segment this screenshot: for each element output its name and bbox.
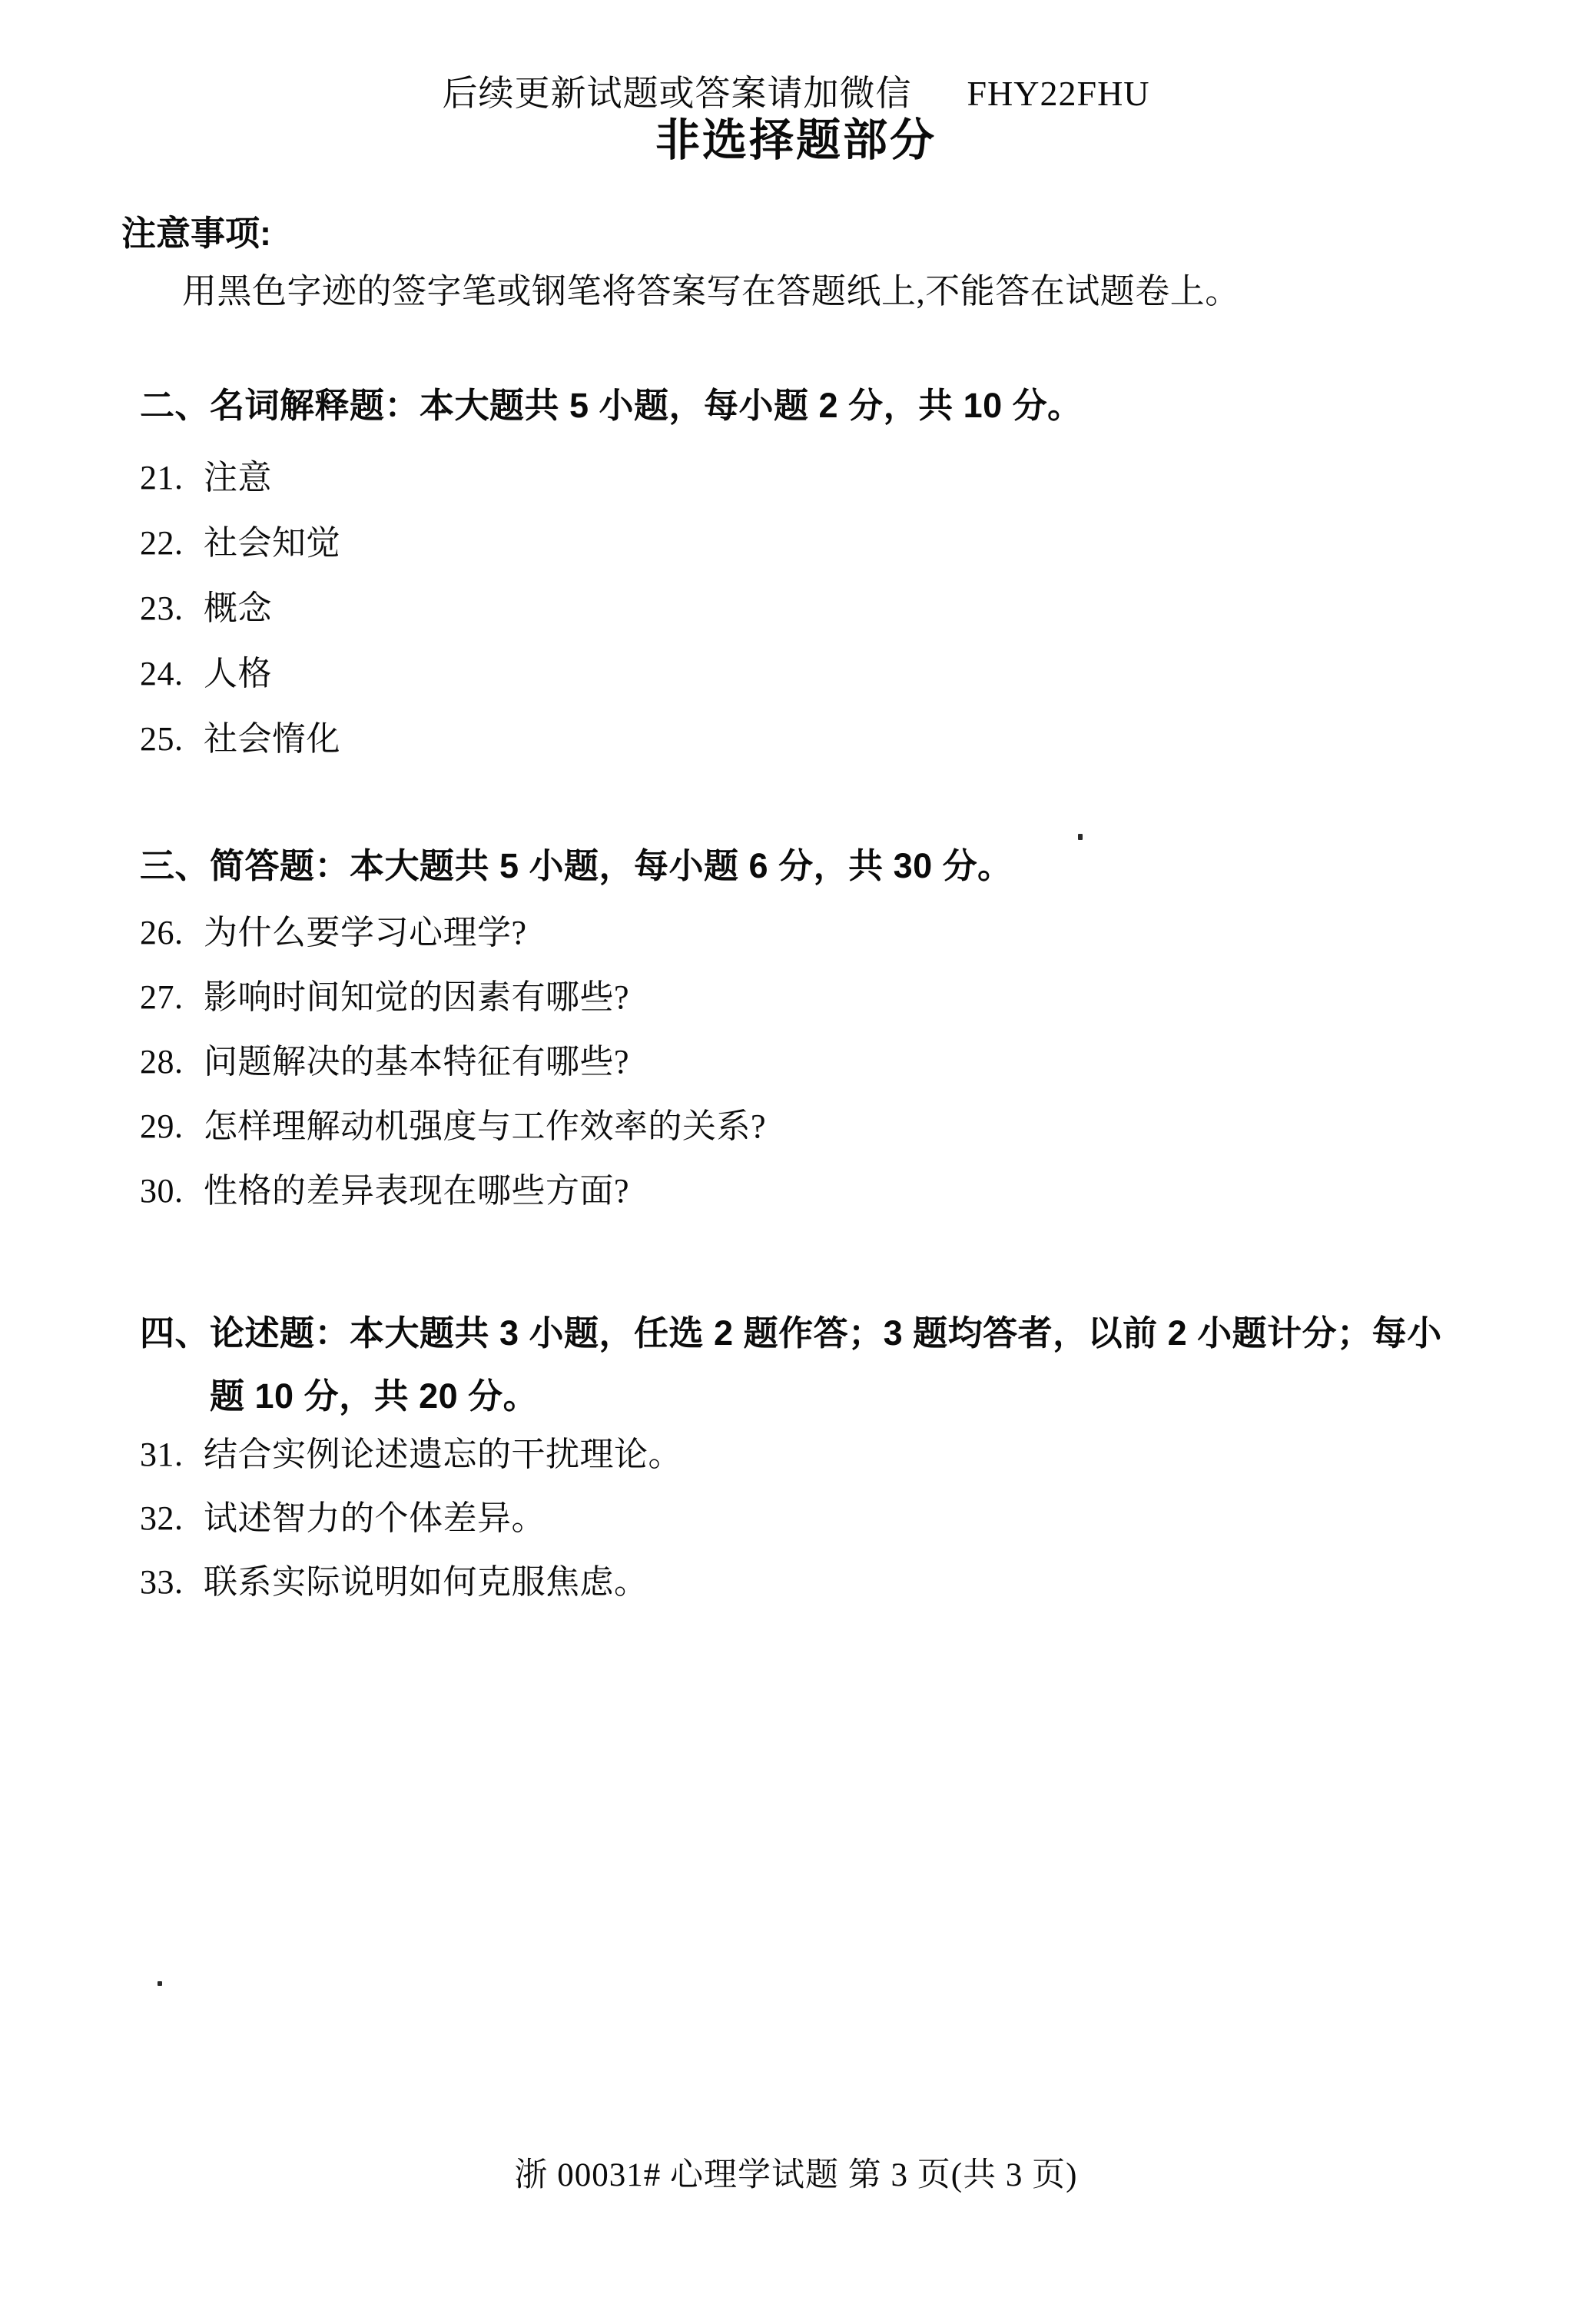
question-number: 22. (140, 524, 204, 563)
wechat-id: FHY22FHU (967, 74, 1149, 114)
question-item: 32. 试述智力的个体差异。 (140, 1499, 682, 1538)
question-item: 28. 问题解决的基本特征有哪些? (140, 1043, 766, 1081)
question-item: 24. 人格 (140, 655, 340, 693)
section-number-label: 三、 (140, 845, 210, 887)
section-term-definitions-list: 21. 注意 22. 社会知觉 23. 概念 24. 人格 25. 社会惰化 (140, 459, 340, 785)
question-item: 27. 影响时间知觉的因素有哪些? (140, 978, 766, 1017)
question-text: 注意 (204, 459, 272, 497)
notice-text: 用黑色字迹的签字笔或钢笔将答案写在答题纸上,不能答在试题卷上。 (182, 271, 1240, 311)
page-footer: 浙 00031# 心理学试题 第 3 页(共 3 页) (0, 2156, 1592, 2195)
question-text: 社会惰化 (204, 720, 340, 759)
notice-label: 注意事项: (121, 214, 271, 254)
question-text: 试述智力的个体差异。 (204, 1499, 546, 1538)
question-item: 33. 联系实际说明如何克服焦虑。 (140, 1563, 682, 1602)
question-number: 29. (140, 1107, 204, 1146)
question-number: 23. (140, 589, 204, 628)
question-text: 联系实际说明如何克服焦虑。 (204, 1563, 648, 1602)
question-number: 25. (140, 720, 204, 759)
scan-speck (1078, 834, 1083, 840)
question-text: 为什么要学习心理学? (204, 914, 527, 952)
section-number-label: 二、 (140, 385, 210, 427)
page-title: 非选择题部分 (0, 115, 1592, 166)
section-short-answer-heading: 三、 简答题：本大题共 5 小题，每小题 6 分，共 30 分。 (140, 845, 1013, 887)
question-item: 23. 概念 (140, 589, 340, 628)
scan-speck (158, 1981, 162, 1986)
question-number: 24. (140, 655, 204, 693)
question-text: 概念 (204, 589, 272, 628)
header-note-text: 后续更新试题或答案请加微信 (442, 74, 911, 114)
section-heading-text: 论述题：本大题共 3 小题，任选 2 题作答；3 题均答者，以前 2 小题计分；… (210, 1302, 1466, 1428)
question-number: 26. (140, 914, 204, 952)
question-item: 31. 结合实例论述遗忘的干扰理论。 (140, 1436, 682, 1474)
question-item: 22. 社会知觉 (140, 524, 340, 563)
question-item: 29. 怎样理解动机强度与工作效率的关系? (140, 1107, 766, 1146)
question-number: 30. (140, 1172, 204, 1210)
question-number: 33. (140, 1563, 204, 1602)
question-text: 人格 (204, 655, 272, 693)
question-text: 问题解决的基本特征有哪些? (204, 1043, 629, 1081)
question-item: 26. 为什么要学习心理学? (140, 914, 766, 952)
question-number: 21. (140, 459, 204, 497)
section-heading-text: 名词解释题：本大题共 5 小题，每小题 2 分，共 10 分。 (210, 385, 1083, 427)
question-item: 25. 社会惰化 (140, 720, 340, 759)
exam-page: 后续更新试题或答案请加微信 FHY22FHU 非选择题部分 注意事项: 用黑色字… (0, 0, 1592, 2324)
question-number: 32. (140, 1499, 204, 1538)
section-short-answer-list: 26. 为什么要学习心理学? 27. 影响时间知觉的因素有哪些? 28. 问题解… (140, 914, 766, 1237)
section-term-definitions-heading: 二、 名词解释题：本大题共 5 小题，每小题 2 分，共 10 分。 (140, 385, 1083, 427)
section-essay-list: 31. 结合实例论述遗忘的干扰理论。 32. 试述智力的个体差异。 33. 联系… (140, 1436, 682, 1627)
question-text: 社会知觉 (204, 524, 340, 563)
question-number: 27. (140, 978, 204, 1017)
section-number-label: 四、 (140, 1302, 210, 1428)
question-text: 结合实例论述遗忘的干扰理论。 (204, 1436, 682, 1474)
question-text: 怎样理解动机强度与工作效率的关系? (204, 1107, 766, 1146)
question-item: 21. 注意 (140, 459, 340, 497)
question-number: 31. (140, 1436, 204, 1474)
question-item: 30. 性格的差异表现在哪些方面? (140, 1172, 766, 1210)
section-heading-text: 简答题：本大题共 5 小题，每小题 6 分，共 30 分。 (210, 845, 1013, 887)
question-number: 28. (140, 1043, 204, 1081)
header-note: 后续更新试题或答案请加微信 FHY22FHU (0, 74, 1592, 114)
section-essay-heading: 四、 论述题：本大题共 3 小题，任选 2 题作答；3 题均答者，以前 2 小题… (140, 1302, 1466, 1428)
question-text: 性格的差异表现在哪些方面? (204, 1172, 629, 1210)
question-text: 影响时间知觉的因素有哪些? (204, 978, 629, 1017)
